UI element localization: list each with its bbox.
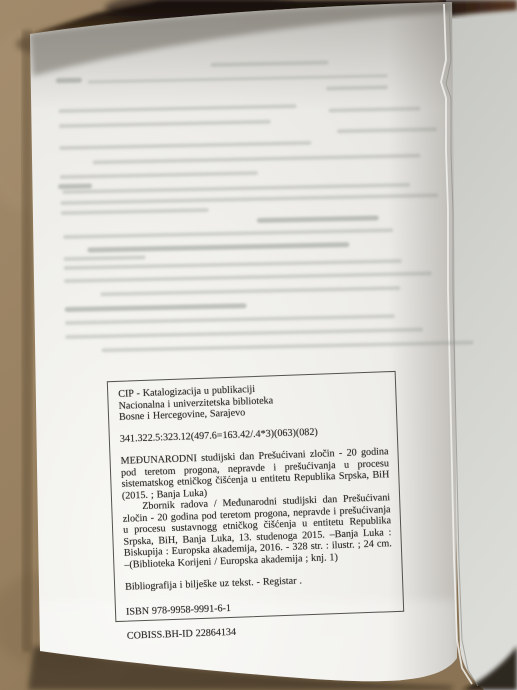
- cip-box: CIP - Katalogizacija u publikaciji Nacio…: [107, 371, 404, 622]
- cip-entry-description: Zbornik radova / Međunarodni studijski d…: [122, 492, 392, 571]
- book-photo: CIP - Katalogizacija u publikaciji Nacio…: [0, 0, 517, 690]
- udc-number: 341.322.5:323.12(497.6=163.42/.4*3)(063)…: [120, 424, 388, 445]
- cip-header: CIP - Katalogizacija u publikaciji Nacio…: [118, 379, 387, 423]
- cip-notes: Bibliografija i bilješke uz tekst. - Reg…: [125, 572, 393, 593]
